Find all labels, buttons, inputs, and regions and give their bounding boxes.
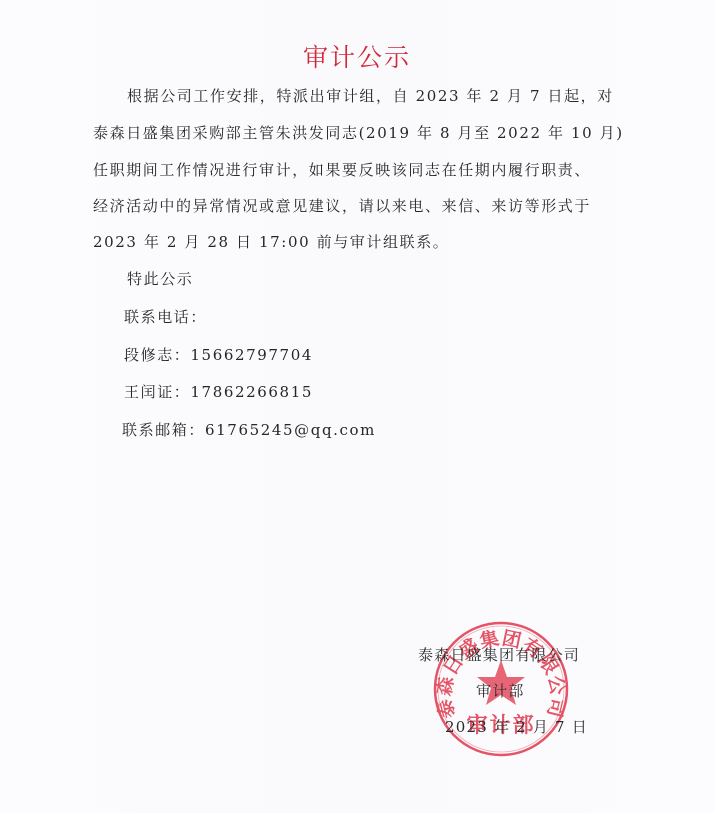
signature-company: 泰森日盛集团有限公司 <box>418 645 580 665</box>
body-paragraph-line-3: 任职期间工作情况进行审计，如果要反映该同志在任期内履行职责、 <box>93 160 591 180</box>
contact-heading: 联系电话： <box>124 307 207 327</box>
contact-phone-number: 15662797704 <box>190 346 313 364</box>
contact-email-label: 联系邮箱： <box>122 421 205 439</box>
contact-name-label: 王闰证： <box>124 383 190 401</box>
contact-email-value: 61765245@qq.com <box>205 421 376 439</box>
body-paragraph-line-1: 根据公司工作安排，特派出审计组，自 2023 年 2 月 7 日起，对 <box>127 86 614 106</box>
closing-text: 特此公示 <box>127 269 193 289</box>
contact-phone-row-1: 段修志：15662797704 <box>124 345 313 365</box>
contact-email-row: 联系邮箱：61765245@qq.com <box>122 420 376 440</box>
contact-name-label: 段修志： <box>124 346 190 364</box>
document-title: 审计公示 <box>0 38 714 74</box>
contact-phone-number: 17862266815 <box>190 383 313 401</box>
contact-phone-row-2: 王闰证：17862266815 <box>124 382 313 402</box>
document-page: 审计公示 根据公司工作安排，特派出审计组，自 2023 年 2 月 7 日起，对… <box>0 0 714 813</box>
body-paragraph-line-2: 泰森日盛集团采购部主管朱洪发同志(2019 年 8 月至 2022 年 10 月… <box>93 123 624 143</box>
signature-date: 2023 年 2 月 7 日 <box>445 717 588 737</box>
body-paragraph-line-4: 经济活动中的异常情况或意见建议，请以来电、来信、来访等形式于 <box>93 196 591 216</box>
body-paragraph-line-5: 2023 年 2 月 28 日 17:00 前与审计组联系。 <box>93 232 449 252</box>
signature-department: 审计部 <box>476 681 525 701</box>
